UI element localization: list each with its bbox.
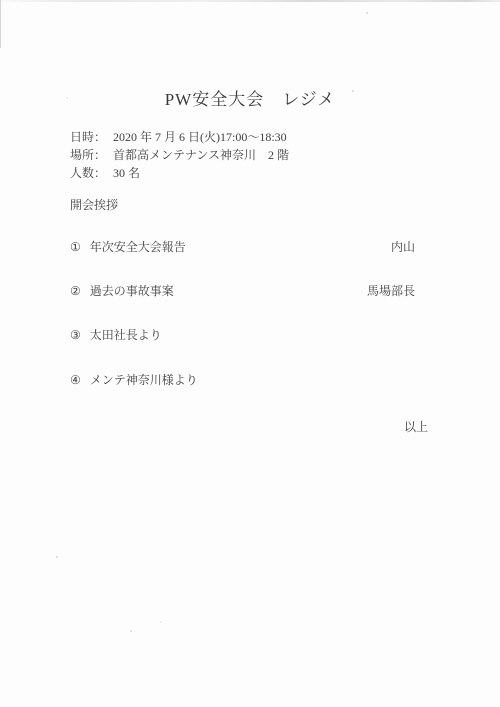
meta-attendees-label: 人数：: [70, 166, 106, 180]
meta-location-value: 首都高メンテナンス神奈川 2 階: [113, 148, 289, 162]
scan-artifact-top-edge: [0, 0, 500, 2]
agenda-item-2-text: 過去の事故事案: [90, 284, 174, 298]
scan-speck: [130, 630, 132, 632]
agenda-item-4-number: ④: [70, 373, 81, 387]
agenda-item-2-number: ②: [70, 284, 81, 298]
scan-speck: [366, 12, 368, 14]
meta-block: 日時：2020 年 7 月 6 日(火)17:00～18:30 場所：首都高メン…: [70, 128, 289, 182]
agenda-item-3-left: ③太田社長より: [70, 326, 162, 343]
meta-attendees-value: 30 名: [113, 166, 140, 180]
agenda-item-4-text: メンテ神奈川様より: [90, 373, 198, 387]
agenda-item-2-speaker: 馬場部長: [367, 282, 415, 299]
agenda-item-1: ①年次安全大会報告 内山: [70, 238, 415, 255]
meta-datetime-label: 日時：: [70, 130, 106, 144]
scan-artifact-left-edge: [0, 0, 1, 48]
document-title: PW安全大会 レジメ: [0, 85, 500, 110]
scan-speck: [160, 621, 162, 623]
agenda-item-1-text: 年次安全大会報告: [90, 240, 186, 254]
agenda-item-1-left: ①年次安全大会報告: [70, 238, 186, 255]
meta-datetime-value: 2020 年 7 月 6 日(火)17:00～18:30: [113, 130, 287, 144]
scan-speck: [56, 556, 58, 558]
agenda-item-3-number: ③: [70, 328, 81, 342]
meta-location-label: 場所：: [70, 148, 106, 162]
closing-text: 以上: [404, 418, 428, 435]
meta-datetime: 日時：2020 年 7 月 6 日(火)17:00～18:30: [70, 128, 289, 146]
agenda-item-2-left: ②過去の事故事案: [70, 282, 174, 299]
scanned-document-page: PW安全大会 レジメ 日時：2020 年 7 月 6 日(火)17:00～18:…: [0, 0, 500, 707]
meta-location: 場所：首都高メンテナンス神奈川 2 階: [70, 146, 289, 164]
agenda-item-1-number: ①: [70, 240, 81, 254]
agenda-item-4-left: ④メンテ神奈川様より: [70, 371, 198, 388]
agenda-item-2: ②過去の事故事案 馬場部長: [70, 282, 415, 299]
agenda-item-4: ④メンテ神奈川様より: [70, 371, 415, 388]
agenda-item-1-speaker: 内山: [391, 238, 415, 255]
agenda-item-3: ③太田社長より: [70, 326, 415, 343]
meta-attendees: 人数：30 名: [70, 164, 289, 182]
opening-greeting: 開会挨拶: [70, 196, 118, 213]
agenda-item-3-text: 太田社長より: [90, 328, 162, 342]
